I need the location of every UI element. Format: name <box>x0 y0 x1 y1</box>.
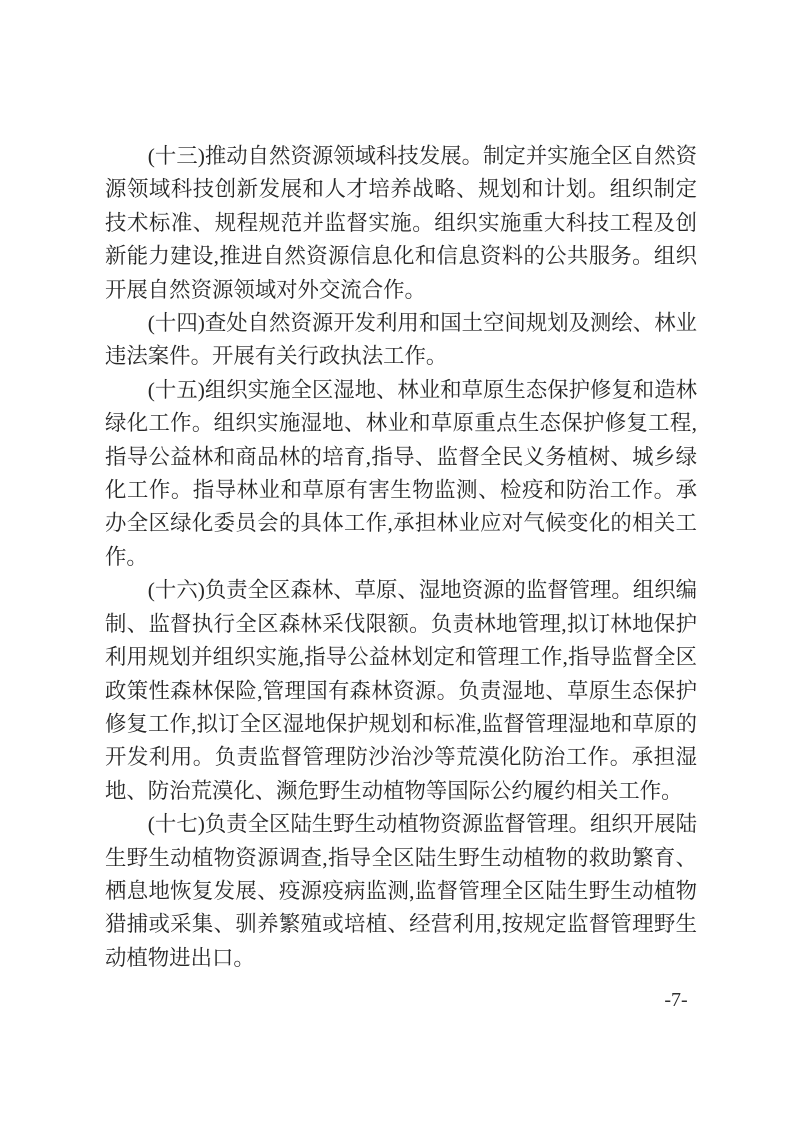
paragraph-item-13: (十三)推动自然资源领域科技发展。制定并实施全区自然资源领域科技创新发展和人才培… <box>105 140 697 307</box>
paragraph-item-15: (十五)组织实施全区湿地、林业和草原生态保护修复和造林绿化工作。组织实施湿地、林… <box>105 374 697 574</box>
paragraph-item-14: (十四)查处自然资源开发利用和国土空间规划及测绘、林业违法案件。开展有关行政执法… <box>105 307 697 374</box>
paragraph-item-16: (十六)负责全区森林、草原、湿地资源的监督管理。组织编制、监督执行全区森林采伐限… <box>105 574 697 808</box>
document-page: (十三)推动自然资源领域科技发展。制定并实施全区自然资源领域科技创新发展和人才培… <box>0 0 793 1122</box>
page-number: -7- <box>628 988 724 1012</box>
paragraph-item-17: (十七)负责全区陆生野生动植物资源监督管理。组织开展陆生野生动植物资源调查,指导… <box>105 808 697 975</box>
document-body: (十三)推动自然资源领域科技发展。制定并实施全区自然资源领域科技创新发展和人才培… <box>105 140 697 975</box>
